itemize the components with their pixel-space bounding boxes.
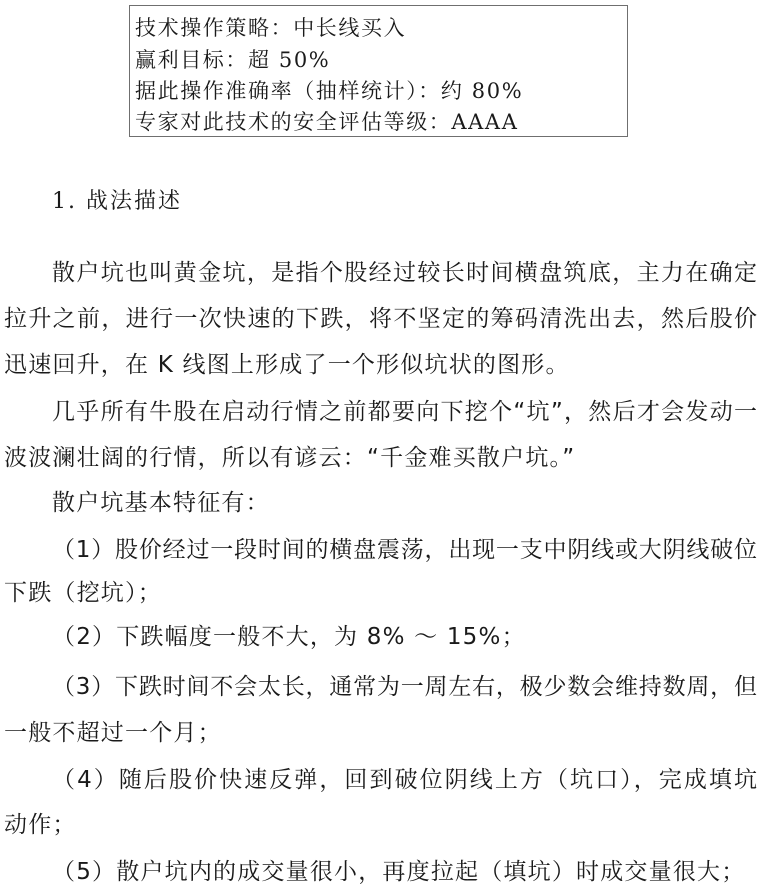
list-item-line: （1）股价经过一段时间的横盘震荡，出现一支中阴线或大阴线破位	[52, 535, 757, 565]
strategy-summary-box: 技术操作策略：中长线买入 赢利目标：超 50% 据此操作准确率（抽样统计）：约 …	[129, 5, 628, 137]
list-item-line: （5）散户坑内的成交量很小，再度拉起（填坑）时成交量很大；	[52, 857, 745, 885]
list-item-line: 一般不超过一个月；	[4, 718, 222, 748]
paragraph-line: 迅速回升，在 K 线图上形成了一个形似坑状的图形。	[4, 350, 570, 380]
list-item-line: （4）随后股价快速反弹，回到破位阴线上方（坑口），完成填坑	[52, 765, 757, 795]
section-heading: 1. 战法描述	[52, 186, 182, 218]
paragraph-line: 波波澜壮阔的行情，所以有谚云：“千金难买散户坑。”	[4, 443, 575, 473]
accuracy-line: 据此操作准确率（抽样统计）：约 80%	[135, 76, 523, 107]
paragraph-line: 散户坑基本特征有：	[52, 488, 270, 518]
paragraph-line: 拉升之前，进行一次快速的下跌，将不坚定的筹码清洗出去，然后股价	[4, 304, 757, 334]
list-item-line: （3）下跌时间不会太长，通常为一周左右，极少数会维持数周，但	[52, 672, 757, 702]
list-item-line: （2）下跌幅度一般不大，为 8% ～ 15%；	[52, 622, 526, 652]
list-item-line: 动作；	[4, 810, 77, 840]
list-item-line: 下跌（挖坑）；	[4, 578, 162, 608]
paragraph-line: 散户坑也叫黄金坑，是指个股经过较长时间横盘筑底，主力在确定	[52, 258, 757, 288]
profit-target-line: 赢利目标：超 50%	[135, 45, 330, 76]
paragraph-line: 几乎所有牛股在启动行情之前都要向下挖个“坑”，然后才会发动一	[52, 397, 757, 427]
strategy-line: 技术操作策略：中长线买入	[135, 13, 406, 44]
safety-rating-line: 专家对此技术的安全评估等级：AAAA	[135, 107, 518, 138]
